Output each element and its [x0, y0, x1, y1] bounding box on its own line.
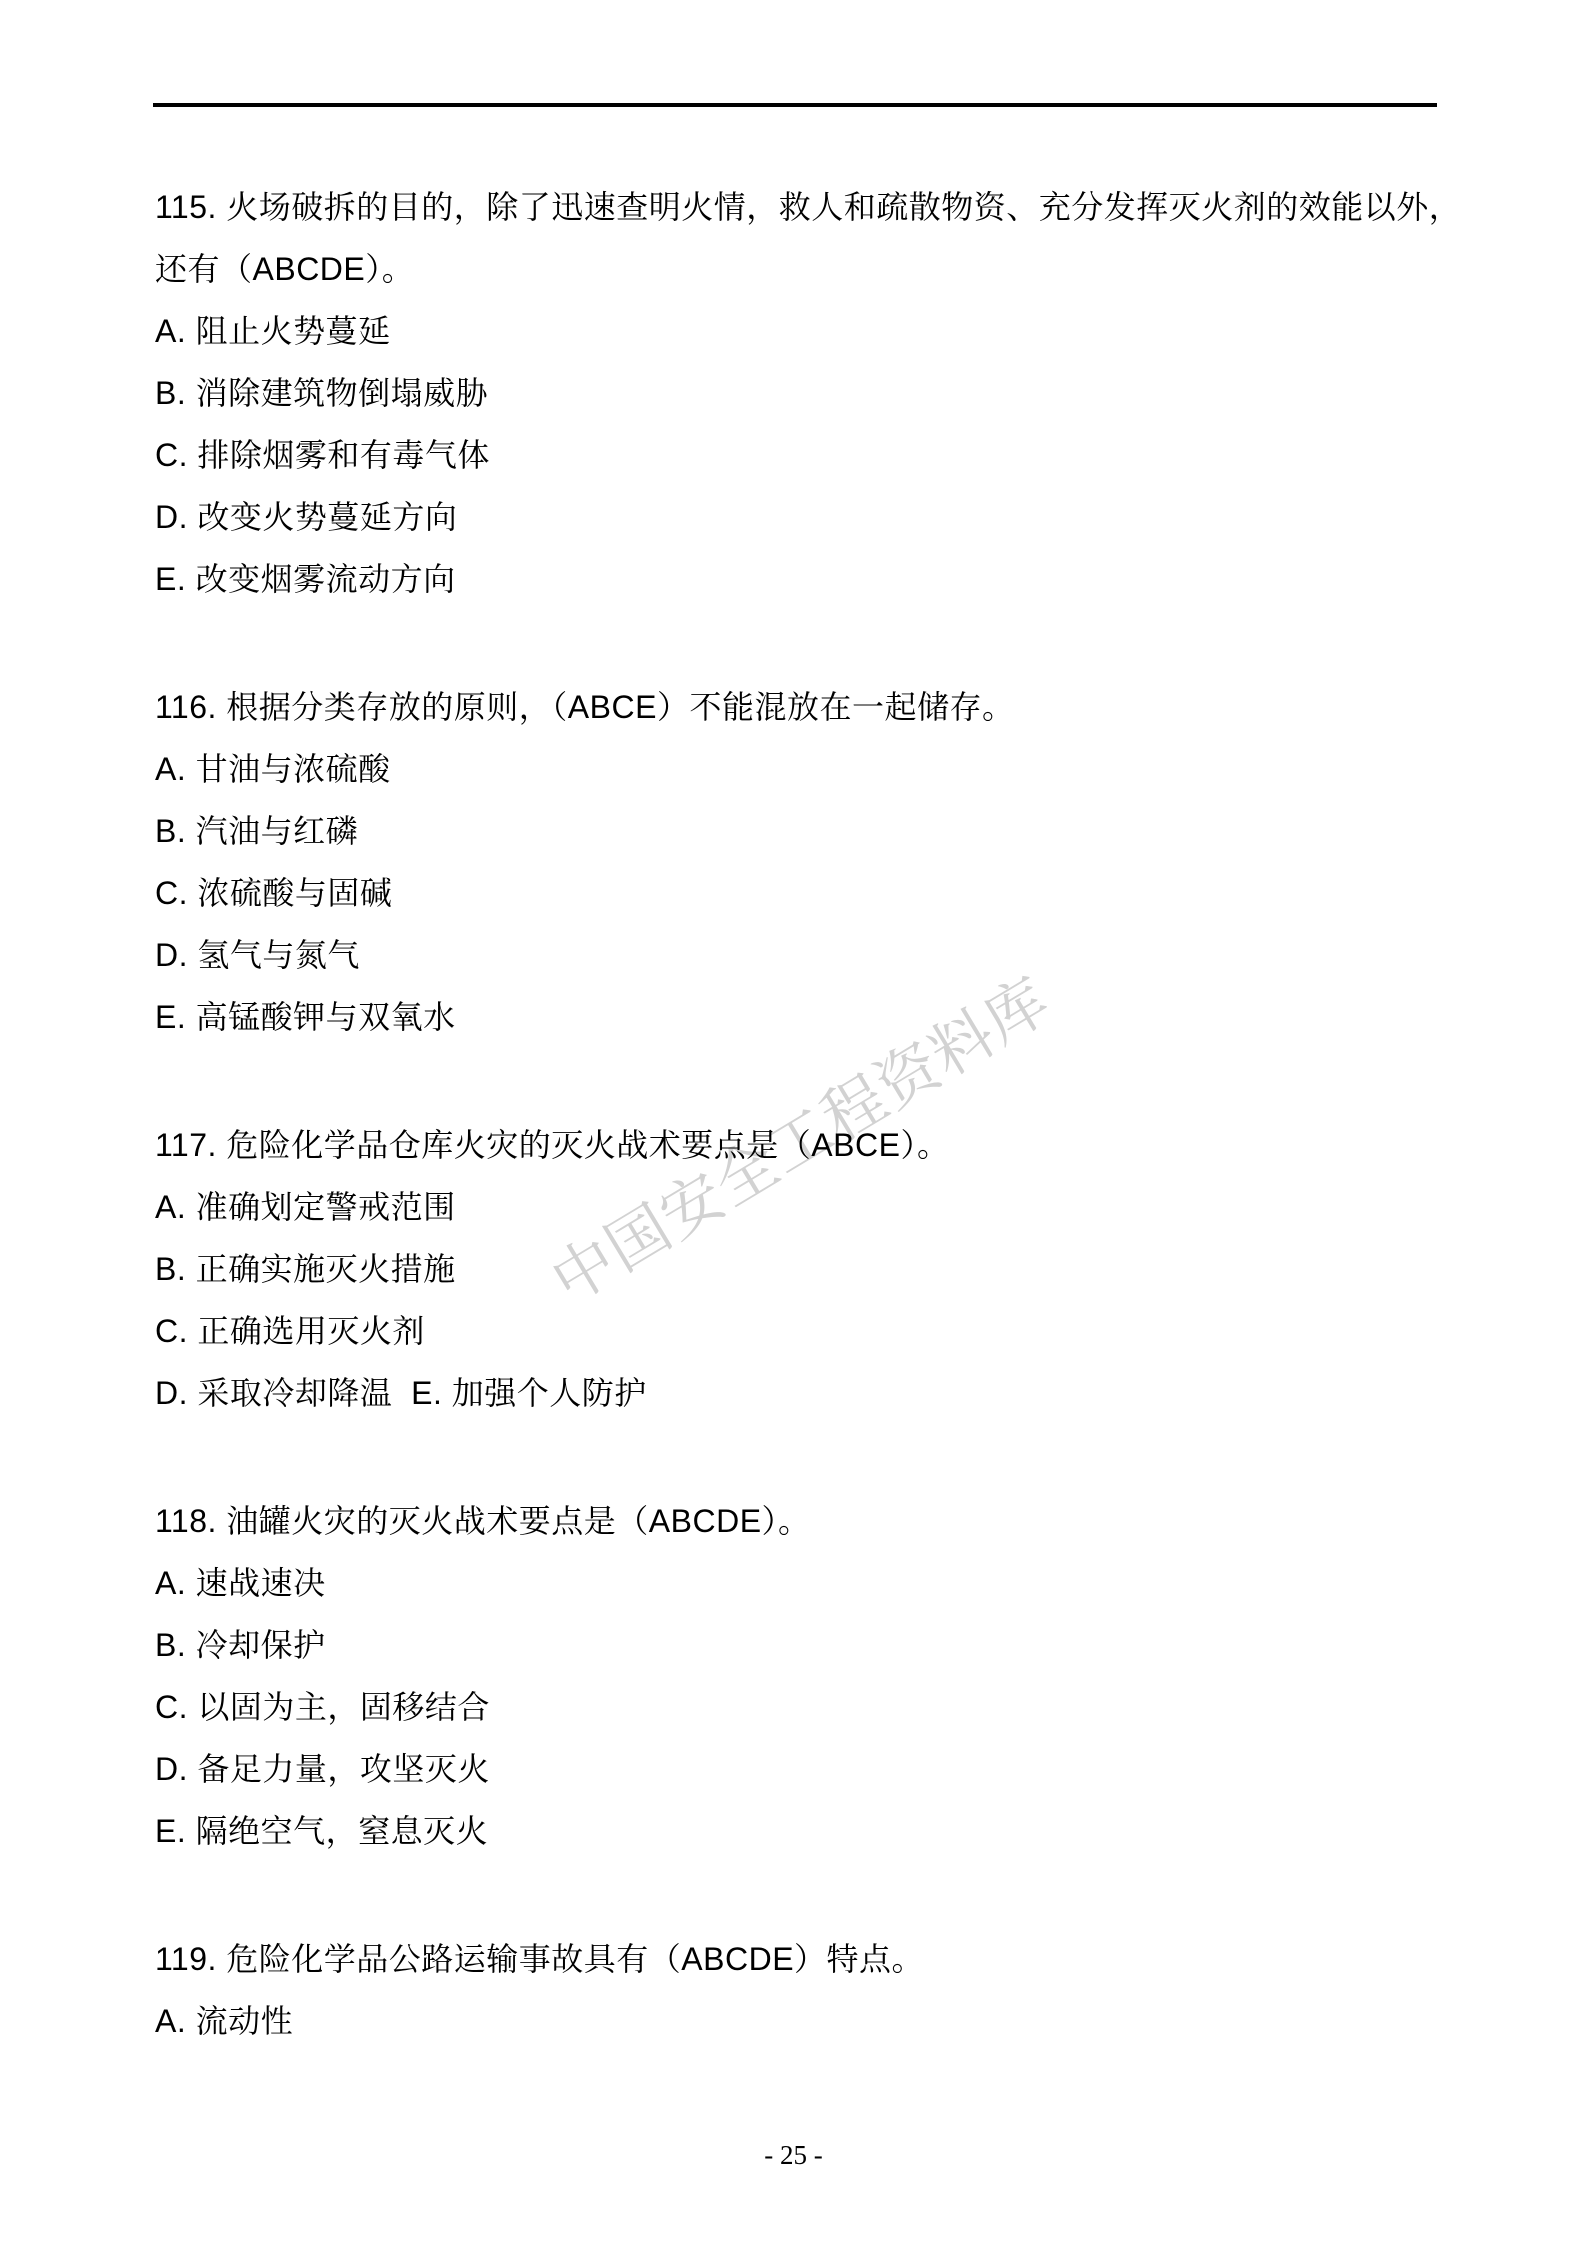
question-block: 118. 油罐火灾的灭火战术要点是（ABCDE）。A. 速战速决B. 冷却保护C…: [155, 1488, 1455, 1860]
question-block: 116. 根据分类存放的原则，（ABCE）不能混放在一起储存。A. 甘油与浓硫酸…: [155, 674, 1455, 1046]
question-block: 117. 危险化学品仓库火灾的灭火战术要点是（ABCE）。A. 准确划定警戒范围…: [155, 1112, 1455, 1422]
option-line: A. 流动性: [155, 1988, 1455, 2050]
document-page: 中国安全工程资料库 115. 火场破拆的目的，除了迅速查明火情，救人和疏散物资、…: [0, 0, 1587, 2245]
option-line: C. 浓硫酸与固碱: [155, 860, 1455, 922]
option-line: A. 速战速决: [155, 1550, 1455, 1612]
question-text-line: 还有（ABCDE）。: [155, 236, 1455, 298]
option-line: B. 冷却保护: [155, 1612, 1455, 1674]
option-line: D. 备足力量，攻坚灭火: [155, 1736, 1455, 1798]
question-block: 115. 火场破拆的目的，除了迅速查明火情，救人和疏散物资、充分发挥灭火剂的效能…: [155, 174, 1455, 608]
option-line: E. 改变烟雾流动方向: [155, 546, 1455, 608]
header-rule: [153, 103, 1437, 107]
page-number: - 25 -: [0, 2140, 1587, 2171]
option-line: D. 氢气与氮气: [155, 922, 1455, 984]
questions-container: 115. 火场破拆的目的，除了迅速查明火情，救人和疏散物资、充分发挥灭火剂的效能…: [155, 174, 1455, 2116]
option-line: E. 高锰酸钾与双氧水: [155, 984, 1455, 1046]
question-text-line: 118. 油罐火灾的灭火战术要点是（ABCDE）。: [155, 1488, 1455, 1550]
question-block: 119. 危险化学品公路运输事故具有（ABCDE）特点。A. 流动性: [155, 1926, 1455, 2050]
option-line: C. 排除烟雾和有毒气体: [155, 422, 1455, 484]
question-text-line: 117. 危险化学品仓库火灾的灭火战术要点是（ABCE）。: [155, 1112, 1455, 1174]
option-line: E. 隔绝空气，窒息灭火: [155, 1798, 1455, 1860]
option-line: D. 改变火势蔓延方向: [155, 484, 1455, 546]
option-line: D. 采取冷却降温 E. 加强个人防护: [155, 1360, 1455, 1422]
option-line: C. 正确选用灭火剂: [155, 1298, 1455, 1360]
option-line: B. 消除建筑物倒塌威胁: [155, 360, 1455, 422]
option-line: A. 准确划定警戒范围: [155, 1174, 1455, 1236]
question-text-line: 115. 火场破拆的目的，除了迅速查明火情，救人和疏散物资、充分发挥灭火剂的效能…: [155, 174, 1455, 236]
option-line: B. 汽油与红磷: [155, 798, 1455, 860]
option-line: A. 甘油与浓硫酸: [155, 736, 1455, 798]
question-text-line: 116. 根据分类存放的原则，（ABCE）不能混放在一起储存。: [155, 674, 1455, 736]
option-line: B. 正确实施灭火措施: [155, 1236, 1455, 1298]
option-line: C. 以固为主，固移结合: [155, 1674, 1455, 1736]
question-text-line: 119. 危险化学品公路运输事故具有（ABCDE）特点。: [155, 1926, 1455, 1988]
option-line: A. 阻止火势蔓延: [155, 298, 1455, 360]
